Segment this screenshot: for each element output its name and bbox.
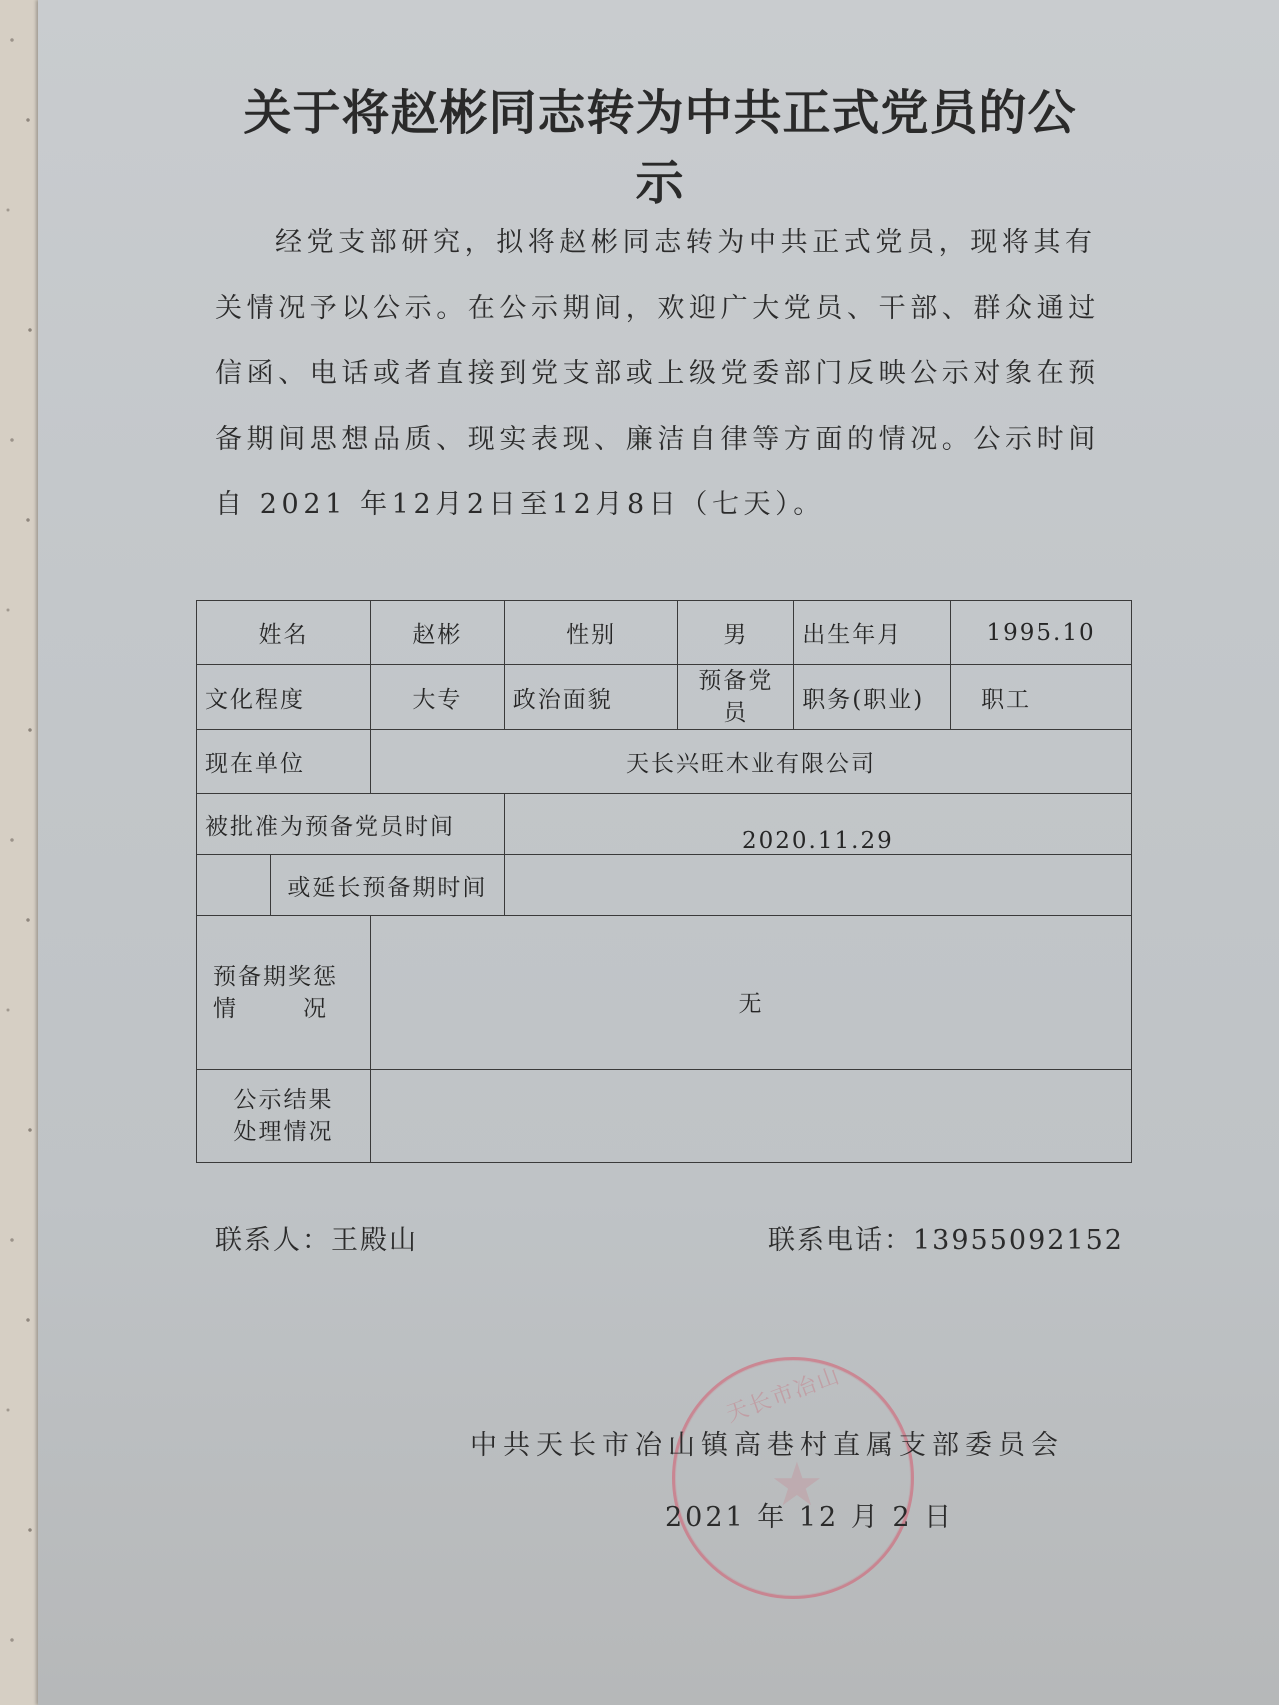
approved-label: 被批准为预备党员时间 <box>197 794 505 855</box>
seal-text: 天长市冶山 <box>721 1358 844 1428</box>
political-label: 政治面貌 <box>504 665 678 730</box>
gender-value: 男 <box>678 601 794 665</box>
announcement-paragraph: 经党支部研究，拟将赵彬同志转为中共正式党员，现将其有 关情况予以公示。在公示期间… <box>215 210 1115 538</box>
table-row: 姓名 赵彬 性别 男 出生年月 1995.10 <box>197 601 1132 665</box>
table-row: 文化程度 大专 政治面貌 预备党 员 职务(职业) 职工 <box>197 665 1132 730</box>
unit-label: 现在单位 <box>197 730 371 794</box>
table-row: 或延长预备期时间 <box>197 855 1132 916</box>
extended-label: 或延长预备期时间 <box>270 855 504 916</box>
extended-value <box>504 855 1131 916</box>
birth-label: 出生年月 <box>794 601 951 665</box>
paragraph-line: 备期间思想品质、现实表现、廉洁自律等方面的情况。公示时间 <box>215 407 1115 473</box>
paragraph-line: 关情况予以公示。在公示期间，欢迎广大党员、干部、群众通过 <box>215 276 1115 342</box>
member-info-table: 姓名 赵彬 性别 男 出生年月 1995.10 文化程度 大专 政治面貌 预备党… <box>196 600 1132 1163</box>
reward-label-line-2: 情 况 <box>213 993 328 1025</box>
contact-phone: 联系电话：13955092152 <box>768 1218 1124 1257</box>
document-title: 关于将赵彬同志转为中共正式党员的公 示 <box>200 78 1120 218</box>
unit-value: 天长兴旺木业有限公司 <box>370 730 1131 794</box>
result-label: 公示结果 处理情况 <box>197 1070 371 1163</box>
blank-cell <box>197 855 271 916</box>
paragraph-line: 自 2021 年12月2日至12月8日（七天）。 <box>215 472 1115 538</box>
result-label-line-2: 处理情况 <box>205 1116 362 1148</box>
table-row: 被批准为预备党员时间 2020.11.29 <box>197 794 1132 855</box>
reward-label-char: 况 <box>303 993 328 1025</box>
result-value <box>370 1070 1131 1163</box>
job-label: 职务(职业) <box>794 665 951 730</box>
paragraph-line: 信函、电话或者直接到党支部或上级党委部门反映公示对象在预 <box>215 341 1115 407</box>
table-row: 公示结果 处理情况 <box>197 1070 1132 1163</box>
political-value: 预备党 员 <box>678 665 794 730</box>
contact-person: 联系人：王殿山 <box>215 1218 418 1257</box>
title-line-1: 关于将赵彬同志转为中共正式党员的公 <box>200 78 1120 148</box>
name-label: 姓名 <box>197 601 371 665</box>
approved-value: 2020.11.29 <box>504 794 1131 855</box>
birth-value: 1995.10 <box>951 601 1132 665</box>
table-row: 现在单位 天长兴旺木业有限公司 <box>197 730 1132 794</box>
title-line-2: 示 <box>200 148 1120 218</box>
political-value-line-1: 预备党 <box>686 665 785 697</box>
reward-label: 预备期奖惩 情 况 <box>197 916 371 1070</box>
paragraph-line: 经党支部研究，拟将赵彬同志转为中共正式党员，现将其有 <box>215 210 1115 276</box>
reward-label-line-1: 预备期奖惩 <box>213 961 362 993</box>
name-value: 赵彬 <box>370 601 504 665</box>
issue-date: 2021 年 12 月 2 日 <box>665 1495 954 1534</box>
education-value: 大专 <box>370 665 504 730</box>
education-label: 文化程度 <box>197 665 371 730</box>
political-value-line-2: 员 <box>686 697 785 729</box>
job-value: 职工 <box>951 665 1132 730</box>
result-label-line-1: 公示结果 <box>205 1084 362 1116</box>
issuing-organization: 中共天长市冶山镇高巷村直属支部委员会 <box>470 1423 1064 1462</box>
gender-label: 性别 <box>504 601 678 665</box>
official-seal: 天长市冶山 ★ <box>672 1357 914 1599</box>
reward-label-char: 情 <box>213 993 238 1025</box>
reward-value: 无 <box>370 916 1131 1070</box>
table-row: 预备期奖惩 情 况 无 <box>197 916 1132 1070</box>
